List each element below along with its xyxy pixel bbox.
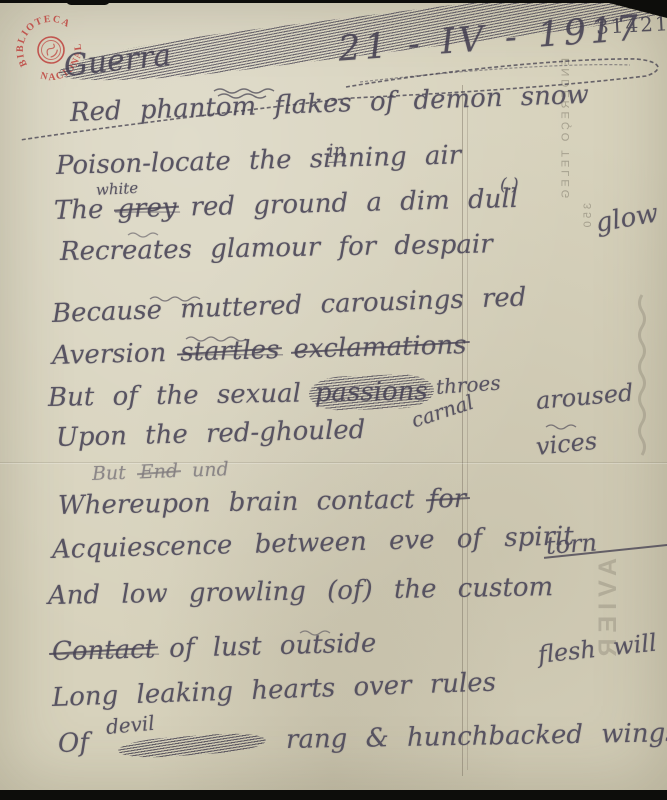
strikethrough-word-exclamations: exclamations [293, 330, 467, 365]
poem-line-6: Aversion startles exclamations [52, 330, 467, 371]
line-9-start: But [92, 462, 127, 485]
scribble-loop-inner [360, 65, 630, 82]
line-3-start: The [54, 195, 104, 226]
poem-line-15-start: Of [57, 728, 89, 759]
line-6-start: Aversion [52, 338, 167, 371]
manuscript-paper: ENDEREÇO TELEG 350 AVIER BIBLIOTECA NACI… [0, 3, 667, 790]
poem-line-5: Because muttered carousings red [51, 282, 526, 329]
poem-line-1: Red phantom flakes of demon snow [69, 80, 589, 128]
poem-line-12: And low growling (of) the custom [48, 572, 554, 611]
line-9-rest: und [192, 458, 229, 481]
insertion-throes: throes [435, 371, 501, 399]
poem-line-14: Long leaking hearts over rules [51, 668, 496, 713]
poem-line-11: Acquiescence between eve of spirit [52, 521, 575, 565]
ghost-print-number: 350 [582, 203, 594, 263]
line-13-rest: of lust outside [169, 629, 377, 664]
strikethrough-word-contact: Contact [52, 634, 156, 667]
strikethrough-word-end: End [139, 460, 178, 483]
photo-edge-mark [66, 0, 110, 5]
scribbled-word-passions: passions [315, 376, 428, 408]
manuscript-photo: ENDEREÇO TELEG 350 AVIER BIBLIOTECA NACI… [0, 0, 667, 800]
poem-line-10: Whereupon brain contact for [58, 484, 467, 521]
strikethrough-word-grey: grey [117, 193, 177, 225]
line-3-rest: red ground a dim dull [190, 184, 518, 223]
poem-line-7: But of the sexual passions [48, 376, 428, 413]
poem-line-15-rest: rang & hunchbacked wings [286, 718, 667, 755]
strikethrough-word-for: for [428, 484, 466, 515]
line-7-end-aroused: aroused [535, 379, 635, 415]
line-10-start: Whereupon brain contact [58, 485, 415, 521]
poem-line-4: Recreates glamour for despair [60, 229, 493, 267]
line-8-end-vices: vices [535, 427, 599, 461]
ghost-handwriting-squiggle [640, 295, 645, 455]
poem-line-8: Upon the red-ghouled [56, 415, 366, 453]
insertion-devil: devil [105, 711, 156, 739]
strikethrough-word-startles: startles [180, 335, 280, 368]
poem-line-2: Poison-locate the sinning air [56, 140, 462, 181]
line-7-start: But of the sexual [48, 379, 301, 413]
insertion-white: white [96, 179, 139, 199]
poem-interline-9: But End und [92, 458, 229, 485]
poem-line-13: Contact of lust outside [52, 629, 377, 667]
line-3-end-glow: glow [593, 198, 660, 238]
